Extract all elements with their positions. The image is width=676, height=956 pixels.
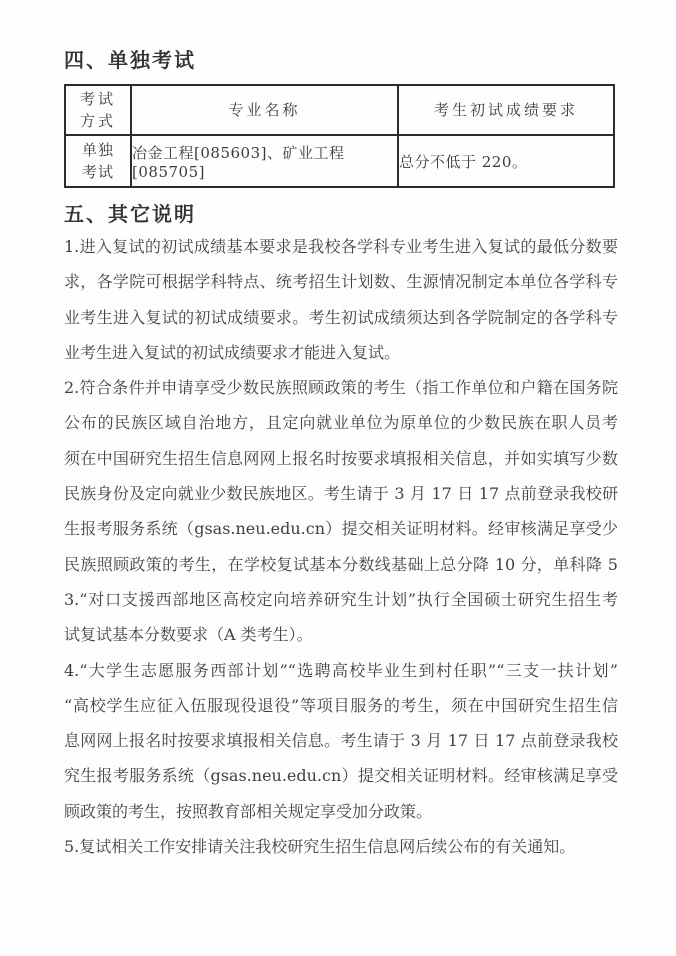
paragraph-line: 3.“对口支援西部地区高校定向培养研究生计划”执行全国硕士研究生招生考 [64,582,618,617]
paragraph-line: 求，各学院可根据学科特点、统考招生计划数、生源情况制定本单位各学科专 [64,264,618,299]
paragraph-line: 须在中国研究生招生信息网网上报名时按要求填报相关信息，并如实填写少数 [64,441,618,476]
header-major-name: 专业名称 [131,85,398,135]
cell-score-requirement: 总分不低于 220。 [398,135,614,187]
separate-exam-table: 考试 方式 专业名称 考生初试成绩要求 单独 考试 冶金工程[085603]、矿… [64,84,615,188]
section-5-title: 五、其它说明 [64,198,196,227]
paragraph-line: “高校学生应征入伍服现役退役”等项目服务的考生，须在中国研究生招生信 [64,688,618,723]
paragraph-line: 生报考服务系统（gsas.neu.edu.cn）提交相关证明材料。经审核满足享受… [64,511,618,546]
table-row: 单独 考试 冶金工程[085603]、矿业工程[085705] 总分不低于 22… [65,135,614,187]
paragraph-line: 民族身份及定向就业少数民族地区。考生请于 3 月 17 日 17 点前登录我校研… [64,476,618,511]
paragraph-line: 4.“大学生志愿服务西部计划”“选聘高校毕业生到村任职”“三支一扶计划” [64,653,618,688]
paragraph-line: 2.符合条件并申请享受少数民族照顾政策的考生（指工作单位和户籍在国务院 [64,370,618,405]
table-header-row: 考试 方式 专业名称 考生初试成绩要求 [65,85,614,135]
paragraph-line: 息网网上报名时按要求填报相关信息。考生请于 3 月 17 日 17 点前登录我校… [64,723,618,758]
cell-exam-mode: 单独 考试 [65,135,131,187]
other-notes-body: 1.进入复试的初试成绩基本要求是我校各学科专业考生进入复试的最低分数要 求，各学… [64,229,618,864]
paragraph-line: 业考生进入复试的初试成绩要求。考生初试成绩须达到各学院制定的各学科专 [64,300,618,335]
paragraph-line: 究生报考服务系统（gsas.neu.edu.cn）提交相关证明材料。经审核满足享… [64,758,618,793]
paragraph-line: 顾政策的考生，按照教育部相关规定享受加分政策。 [64,794,618,829]
section-4-title: 四、单独考试 [64,44,196,73]
paragraph-line: 业考生进入复试的初试成绩要求才能进入复试。 [64,335,618,370]
paragraph-line: 1.进入复试的初试成绩基本要求是我校各学科专业考生进入复试的最低分数要 [64,229,618,264]
header-score-requirement: 考生初试成绩要求 [398,85,614,135]
paragraph-line: 民族照顾政策的考生，在学校复试基本分数线基础上总分降 10 分，单科降 5 分。 [64,547,618,582]
cell-major-name: 冶金工程[085603]、矿业工程[085705] [131,135,398,187]
paragraph-line: 5.复试相关工作安排请关注我校研究生招生信息网后续公布的有关通知。 [64,829,618,864]
paragraph-line: 试复试基本分数要求（A 类考生）。 [64,617,618,652]
header-exam-mode: 考试 方式 [65,85,131,135]
paragraph-line: 公布的民族区域自治地方，且定向就业单位为原单位的少数民族在职人员考生)， [64,405,618,440]
document-page: 四、单独考试 考试 方式 专业名称 考生初试成绩要求 单独 考试 冶金工程[08… [0,0,676,956]
